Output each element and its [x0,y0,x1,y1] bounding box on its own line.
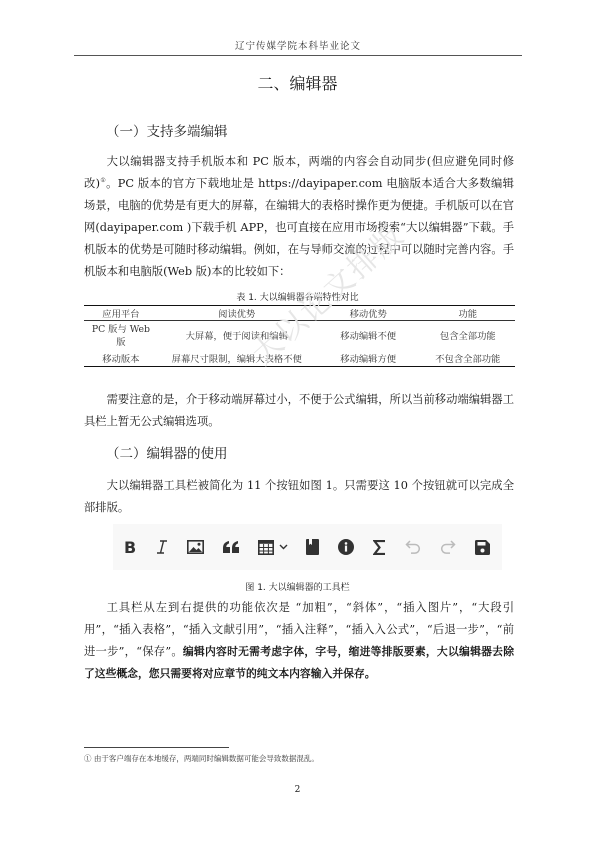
section-title-1: （一）支持多端编辑 [106,120,228,140]
table-cell: 移动版本 [84,351,158,366]
footnote-rule [84,747,229,748]
bookmark-icon [306,539,319,555]
table-cell: 不包含全部功能 [421,351,515,366]
table-cell: 大屏幕，便于阅读和编辑 [158,321,316,352]
insert-formula-button[interactable] [373,537,386,557]
section-title-2: （二）编辑器的使用 [106,442,228,462]
table-row: 移动版本 屏幕尺寸限制，编辑大表格不便 移动编辑方便 不包含全部功能 [84,351,515,366]
insert-table-button[interactable] [258,537,288,557]
table-icon [258,540,274,555]
insert-citation-button[interactable] [306,537,319,557]
page-number: 2 [0,785,595,795]
image-icon [187,540,204,554]
figure-caption: 图 1. 大以编辑器的工具栏 [0,580,595,593]
paragraph-toolbar-intro: 大以编辑器工具栏被简化为 11 个按钮如图 1。只需要这 10 个按钮就可以完成… [84,475,514,519]
undo-button[interactable] [405,537,421,557]
table-cell: PC 版与 Web 版 [84,321,158,352]
paragraph-text: 。PC 版本的官方下载地址是 https://dayipaper.com 电脑版… [84,177,514,278]
table-cell: 屏幕尺寸限制，编辑大表格不便 [158,351,316,366]
italic-icon [156,539,168,555]
redo-icon [440,540,456,554]
table-header-row: 应用平台 阅读优势 移动优势 功能 [84,306,515,321]
bold-icon: B [123,539,137,555]
sigma-icon [373,540,386,555]
paragraph-toolbar-functions: 工具栏从左到右提供的功能依次是 “加粗”，“斜体”，“插入图片”，“大段引用”，… [84,597,514,685]
column-header: 应用平台 [84,306,158,321]
paragraph-mobile-note: 需要注意的是，介于移动端屏幕过小，不便于公式编辑，所以当前移动端编辑器工具栏上暂… [84,389,514,433]
table-caption: 表 1. 大以编辑器各端特性对比 [0,290,595,303]
column-header: 功能 [421,306,515,321]
chevron-down-icon[interactable] [279,544,288,550]
footnote: ① 由于客户端存在本地缓存，两端同时编辑数据可能会导致数据混乱。 [84,753,319,764]
column-header: 移动优势 [316,306,421,321]
editor-toolbar: B [113,524,502,570]
svg-text:B: B [124,539,136,555]
document-page: 辽宁传媒学院本科毕业论文 二、编辑器 （一）支持多端编辑 大以编辑器支持手机版本… [0,0,595,842]
column-header: 阅读优势 [158,306,316,321]
table-cell: 移动编辑方便 [316,351,421,366]
bold-button[interactable]: B [123,537,137,557]
blockquote-button[interactable] [223,537,239,557]
header-rule [74,55,522,56]
info-icon [338,539,354,555]
running-header: 辽宁传媒学院本科毕业论文 [74,38,522,52]
insert-note-button[interactable] [338,537,354,557]
quote-icon [223,541,239,553]
save-icon [475,540,490,555]
undo-icon [405,540,421,554]
table-cell: 移动编辑不便 [316,321,421,352]
paragraph-multi-device: 大以编辑器支持手机版本和 PC 版本，两端的内容会自动同步(但应避免同时修改)①… [84,151,514,283]
italic-button[interactable] [156,537,168,557]
insert-image-button[interactable] [187,537,204,557]
comparison-table: 应用平台 阅读优势 移动优势 功能 PC 版与 Web 版 大屏幕，便于阅读和编… [84,305,515,367]
table-row: PC 版与 Web 版 大屏幕，便于阅读和编辑 移动编辑不便 包含全部功能 [84,321,515,352]
chapter-title: 二、编辑器 [0,71,595,94]
table-cell: 包含全部功能 [421,321,515,352]
redo-button[interactable] [440,537,456,557]
save-button[interactable] [475,537,490,557]
